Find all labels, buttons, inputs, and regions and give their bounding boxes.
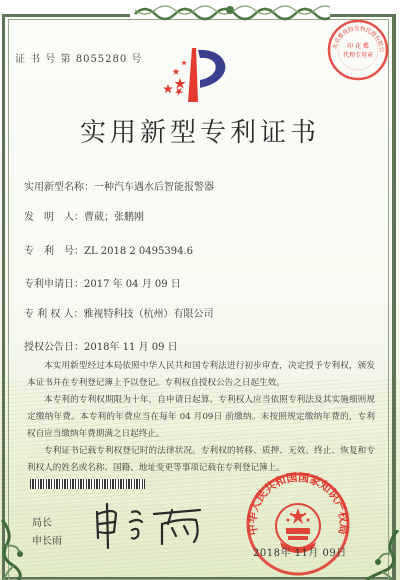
field-value: 2017 年 04 月 09 日: [84, 279, 181, 290]
handwritten-signature-icon: [92, 500, 207, 555]
field-grant-date: 授权公告日：2018年 11 月 09 日: [24, 338, 178, 353]
field-value: 雅视特科技（杭州）有限公司: [84, 309, 214, 320]
corner-vine-ornament-icon: [0, 520, 40, 580]
seal-date: 2018年 11月 09日: [253, 544, 347, 559]
field-value: 一种汽车遇水后智能报警器: [94, 182, 214, 193]
cnipa-official-seal-icon: 中华人民共和国国家知识产权局: [244, 470, 352, 578]
field-label: 专利申请日：: [24, 279, 84, 290]
top-ornament-icon: [130, 0, 330, 22]
barcode: [30, 479, 145, 489]
field-label: 实用新型名称：: [24, 182, 94, 193]
field-application-date: 专利申请日：2017 年 04 月 09 日: [24, 275, 181, 290]
certificate-number: 证 书 号 第 8055280 号: [15, 50, 142, 65]
corner-vine-ornament-icon: [362, 530, 400, 580]
body-paragraph: 本实用新型经过本局依照中华人民共和国专利法进行初步审查，决定授予专利权，颁发本证…: [27, 358, 375, 392]
field-value: 2018年 11 月 09 日: [84, 342, 178, 353]
body-paragraph: 本专利的专利权期限为十年，自申请日起算。专利权人应当依照专利法及其实施细则规定缴…: [27, 392, 375, 443]
field-patentee: 专 利 权 人：雅视特科技（杭州）有限公司: [24, 305, 214, 320]
svg-text:印 花 蝶: 印 花 蝶: [347, 42, 369, 50]
field-label: 发 明 人：: [24, 212, 84, 223]
field-patent-number: 专 利 号：ZL 2018 2 0495394.6: [24, 242, 193, 257]
field-inventors: 发 明 人：曹葳；张鹏刚: [24, 208, 144, 223]
field-utility-model-name: 实用新型名称：一种汽车遇水后智能报警器: [24, 178, 214, 193]
certificate-page: 证 书 号 第 8055280 号 印 花 蝶 代理专用章 北京雅视特专利代理有…: [0, 0, 400, 580]
certificate-body-text: 本实用新型经过本局依照中华人民共和国专利法进行初步审查，决定授予专利权，颁发本证…: [27, 358, 375, 477]
field-label: 专 利 权 人：: [24, 309, 84, 320]
field-label: 专 利 号：: [24, 246, 84, 257]
field-value: ZL 2018 2 0495394.6: [84, 246, 193, 257]
cnipa-logo-icon: [160, 40, 250, 102]
svg-text:代理专用章: 代理专用章: [343, 51, 373, 59]
certificate-title: 实用新型专利证书: [0, 112, 400, 149]
field-label: 授权公告日：: [24, 342, 84, 353]
agency-seal-icon: 印 花 蝶 代理专用章 北京雅视特专利代理有限公司: [326, 18, 390, 82]
field-value: 曹葳；张鹏刚: [84, 212, 144, 223]
